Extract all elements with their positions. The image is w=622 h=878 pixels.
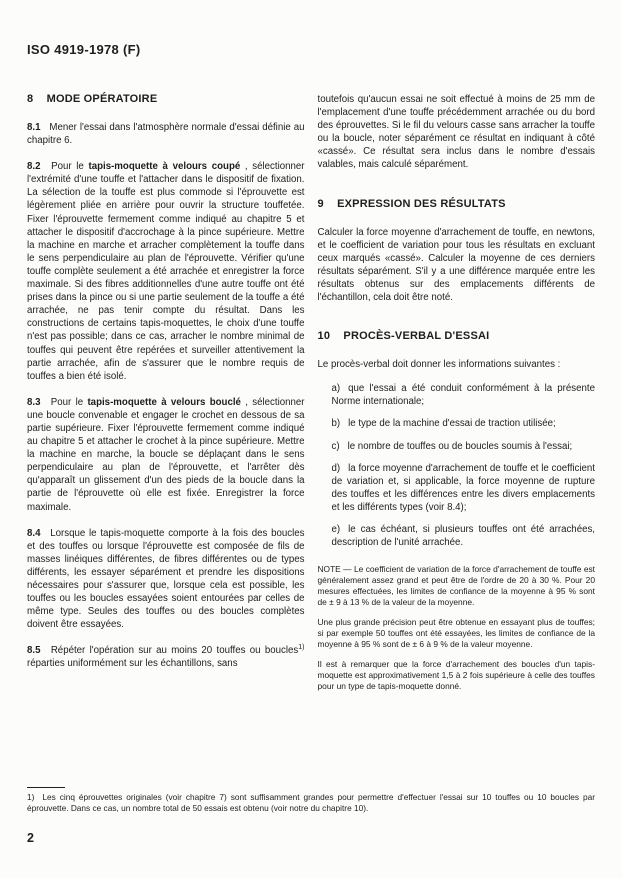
list-item-b-text: le type de la machine d'essai de tractio… xyxy=(348,418,556,429)
paragraph-8-1: 8.1 Mener l'essai dans l'atmosphère norm… xyxy=(27,121,305,147)
list-item-a-label: a) xyxy=(332,383,341,394)
footnote: 1)Les cinq éprouvettes originales (voir … xyxy=(27,787,595,814)
paragraph-8-2-number: 8.2 xyxy=(27,161,40,172)
paragraph-8-1-text: Mener l'essai dans l'atmosphère normale … xyxy=(27,122,304,146)
list-item-d: d)la force moyenne d'arrachement de touf… xyxy=(332,462,596,514)
footnote-reference-mark: 1) xyxy=(298,644,304,651)
two-column-body: 8 MODE OPÉRATOIRE 8.1 Mener l'essai dans… xyxy=(27,93,595,701)
paragraph-8-2-lead: Pour le xyxy=(51,161,88,172)
paragraph-8-3: 8.3 Pour le tapis-moquette à velours bou… xyxy=(27,396,305,514)
paragraph-8-2: 8.2 Pour le tapis-moquette à velours cou… xyxy=(27,160,305,383)
paragraph-8-3-number: 8.3 xyxy=(27,397,40,408)
list-item-e-text: le cas échéant, si plusieurs touffes ont… xyxy=(332,524,596,548)
section-9-number: 9 xyxy=(318,198,324,210)
paragraph-8-2-bold-term: tapis-moquette à velours coupé xyxy=(88,161,240,172)
page-number: 2 xyxy=(27,831,34,845)
section-8-title: MODE OPÉRATOIRE xyxy=(47,93,158,105)
section-9-body: Calculer la force moyenne d'arrachement … xyxy=(318,226,596,305)
paragraph-8-3-lead: Pour le xyxy=(51,397,88,408)
list-item-d-text: la force moyenne d'arrachement de touffe… xyxy=(332,463,596,513)
note-boucles-force: Il est à remarquer que la force d'arrach… xyxy=(318,659,596,692)
section-10-title: PROCÈS-VERBAL D'ESSAI xyxy=(343,330,489,342)
section-10-number: 10 xyxy=(318,330,331,342)
section-9-title: EXPRESSION DES RÉSULTATS xyxy=(337,198,506,210)
footnote-marker: 1) xyxy=(27,792,34,802)
list-item-c-text: le nombre de touffes ou de boucles soumi… xyxy=(348,441,573,452)
paragraph-8-4-number: 8.4 xyxy=(27,528,40,539)
list-item-e: e)le cas échéant, si plusieurs touffes o… xyxy=(332,523,596,549)
section-10-heading: 10 PROCÈS-VERBAL D'ESSAI xyxy=(318,330,596,343)
paragraph-8-5-continuation: toutefois qu'aucun essai ne soit effectu… xyxy=(318,93,596,172)
paragraph-8-1-number: 8.1 xyxy=(27,122,40,133)
footnote-text: Les cinq éprouvettes originales (voir ch… xyxy=(27,792,595,813)
section-9-heading: 9 EXPRESSION DES RÉSULTATS xyxy=(318,198,596,211)
paragraph-8-2-text: , sélectionner l'extrémité d'une touffe … xyxy=(27,161,305,382)
paragraph-8-5-text-start: Répéter l'opération sur au moins 20 touf… xyxy=(51,645,298,656)
left-column: 8 MODE OPÉRATOIRE 8.1 Mener l'essai dans… xyxy=(27,93,305,701)
paragraph-8-5-text-end: réparties uniformément sur les échantill… xyxy=(27,658,238,669)
list-item-b: b)le type de la machine d'essai de tract… xyxy=(332,417,596,430)
list-item-b-label: b) xyxy=(332,418,341,429)
note-coefficient-variation: NOTE — Le coefficient de variation de la… xyxy=(318,564,596,608)
list-item-c-label: c) xyxy=(332,441,340,452)
list-item-c: c)le nombre de touffes ou de boucles sou… xyxy=(332,440,596,453)
section-8-number: 8 xyxy=(27,93,33,105)
list-item-a-text: que l'essai a été conduit conformément à… xyxy=(332,383,596,407)
document-page: ISO 4919-1978 (F) 8 MODE OPÉRATOIRE 8.1 … xyxy=(0,0,622,878)
footnote-rule xyxy=(27,787,65,788)
paragraph-8-5: 8.5 Répéter l'opération sur au moins 20 … xyxy=(27,644,305,670)
paragraph-8-3-text: , sélectionner une boucle convenable et … xyxy=(27,397,305,513)
right-column: toutefois qu'aucun essai ne soit effectu… xyxy=(318,93,596,701)
paragraph-8-4: 8.4 Lorsque le tapis-moquette comporte à… xyxy=(27,527,305,632)
section-8-heading: 8 MODE OPÉRATOIRE xyxy=(27,93,305,106)
list-item-a: a)que l'essai a été conduit conformément… xyxy=(332,382,596,408)
paragraph-8-3-bold-term: tapis-moquette à velours bouclé xyxy=(87,397,240,408)
section-10-intro: Le procès-verbal doit donner les informa… xyxy=(318,358,596,371)
list-item-d-label: d) xyxy=(332,463,341,474)
note-precision: Une plus grande précision peut être obte… xyxy=(318,617,596,650)
list-item-e-label: e) xyxy=(332,524,341,535)
paragraph-8-4-text: Lorsque le tapis-moquette comporte à la … xyxy=(27,528,305,631)
document-reference: ISO 4919-1978 (F) xyxy=(27,42,141,57)
paragraph-8-5-number: 8.5 xyxy=(27,645,40,656)
